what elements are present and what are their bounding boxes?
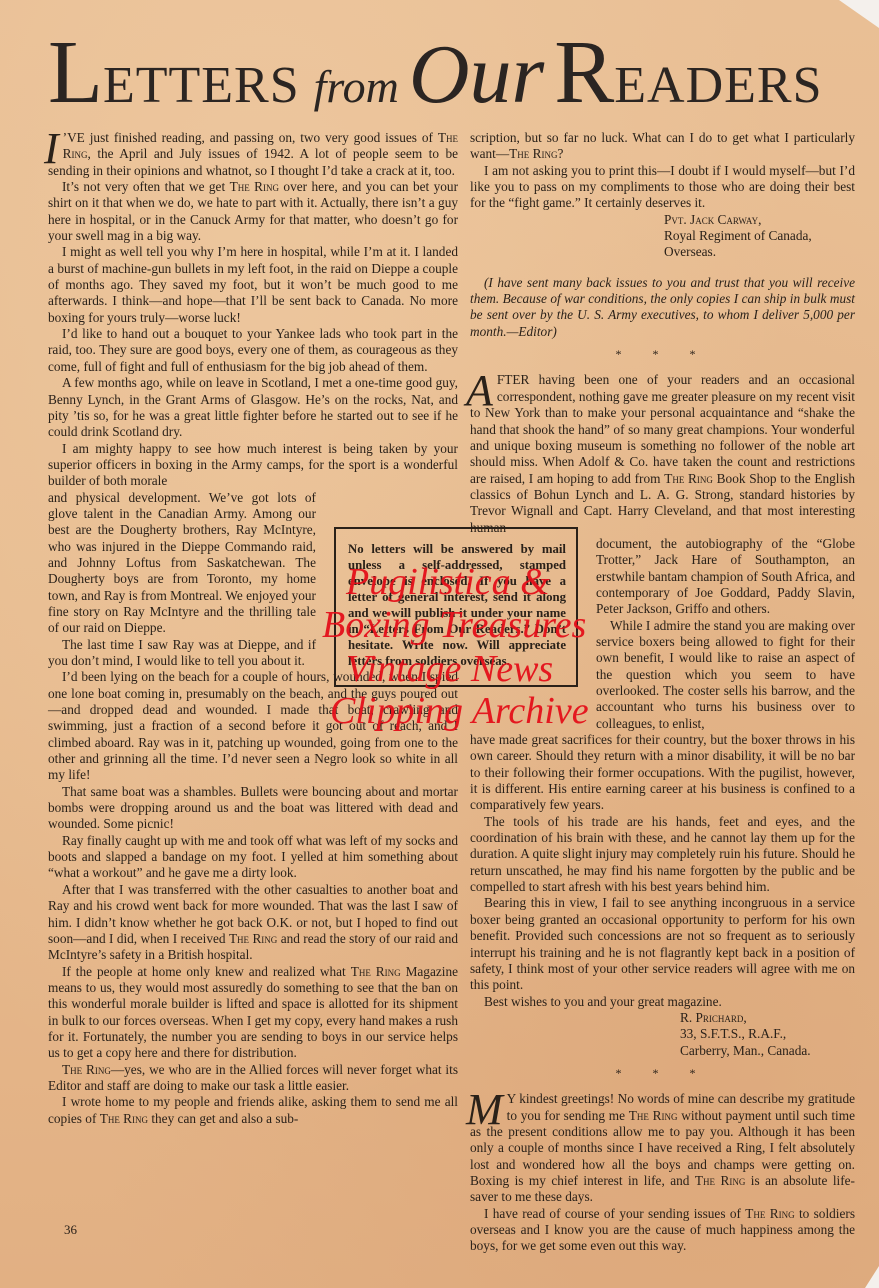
letter3-paragraph: MY kindest greetings! No words of mine c… xyxy=(470,1091,855,1205)
letter2-paragraph: While I admire the stand you are making … xyxy=(596,618,855,732)
letter1-paragraph: I might as well tell you why I’m here in… xyxy=(48,244,458,326)
letter2-paragraph: Best wishes to you and your great magazi… xyxy=(470,994,855,1010)
title-word-our: Our xyxy=(409,28,544,121)
letter1-paragraph: It’s not very often that we get The Ring… xyxy=(48,179,458,244)
letter1-paragraph: That same boat was a shambles. Bullets w… xyxy=(48,784,458,833)
letter2-signature-location: Carberry, Man., Canada. xyxy=(470,1043,855,1059)
torn-corner-top-right xyxy=(839,0,879,28)
letter1-continued: scription, but so far no luck. What can … xyxy=(470,130,855,163)
letter2-signature-unit: 33, S.F.T.S., R.A.F., xyxy=(470,1026,855,1042)
letter1-paragraph: The Ring—yes, we who are in the Allied f… xyxy=(48,1062,458,1095)
torn-corner-bottom-right xyxy=(865,1266,879,1288)
page-number: 36 xyxy=(64,1222,77,1238)
drop-cap: I xyxy=(44,132,59,166)
separator-stars: * * * xyxy=(470,1065,855,1081)
title-word-letters: ETTERS xyxy=(103,57,300,114)
title-cap-l: L xyxy=(48,23,103,122)
letter2-paragraph: have made great sacrifices for their cou… xyxy=(470,732,855,814)
right-column: scription, but so far no luck. What can … xyxy=(470,130,855,1255)
letter2-paragraph: The tools of his trade are his hands, fe… xyxy=(470,814,855,896)
magazine-page: LETTERSfromOurREADERS I’VE just finished… xyxy=(0,0,879,1288)
letter1-paragraph: I am mighty happy to see how much intere… xyxy=(48,441,458,490)
editor-reply: (I have sent many back issues to you and… xyxy=(470,275,855,340)
notice-box: No letters will be answered by mail unle… xyxy=(334,527,578,687)
letter1-signature-unit: Royal Regiment of Canada, Overseas. xyxy=(470,228,855,261)
drop-cap: A xyxy=(466,374,493,408)
letter2-paragraph: Bearing this in view, I fail to see anyt… xyxy=(470,895,855,993)
title-cap-r: R xyxy=(554,23,614,122)
letter1-paragraph: Ray finally caught up with me and took o… xyxy=(48,833,458,882)
page-title: LETTERSfromOurREADERS xyxy=(48,28,868,118)
letter1-paragraph: After that I was transferred with the ot… xyxy=(48,882,458,964)
title-word-from: from xyxy=(314,61,399,112)
letter3-paragraph: I have read of course of your sending is… xyxy=(470,1206,855,1255)
letter1-continued: I am not asking you to print this—I doub… xyxy=(470,163,855,212)
title-word-readers: EADERS xyxy=(614,57,822,114)
letter2-signature-name: R. Prichard, xyxy=(470,1010,855,1026)
letter2-paragraph: document, the autobiography of the “Glob… xyxy=(596,536,855,618)
letter1-paragraph: The last time I saw Ray was at Dieppe, a… xyxy=(48,637,316,670)
drop-cap: M xyxy=(466,1093,503,1127)
letter2-paragraph: AFTER having been one of your readers an… xyxy=(470,372,855,535)
notice-text: No letters will be answered by mail unle… xyxy=(348,542,566,668)
letter1-paragraph: I wrote home to my people and friends al… xyxy=(48,1094,458,1127)
letter1-paragraph: and physical development. We’ve got lots… xyxy=(48,490,316,637)
letter1-paragraph: If the people at home only knew and real… xyxy=(48,964,458,1062)
letter1-paragraph: I’d like to hand out a bouquet to your Y… xyxy=(48,326,458,375)
separator-stars: * * * xyxy=(470,346,855,362)
letter1-signature-name: Pvt. Jack Carway, xyxy=(470,212,855,228)
letter1-paragraph: A few months ago, while on leave in Scot… xyxy=(48,375,458,440)
letter1-paragraph: I’VE just finished reading, and passing … xyxy=(48,130,458,179)
